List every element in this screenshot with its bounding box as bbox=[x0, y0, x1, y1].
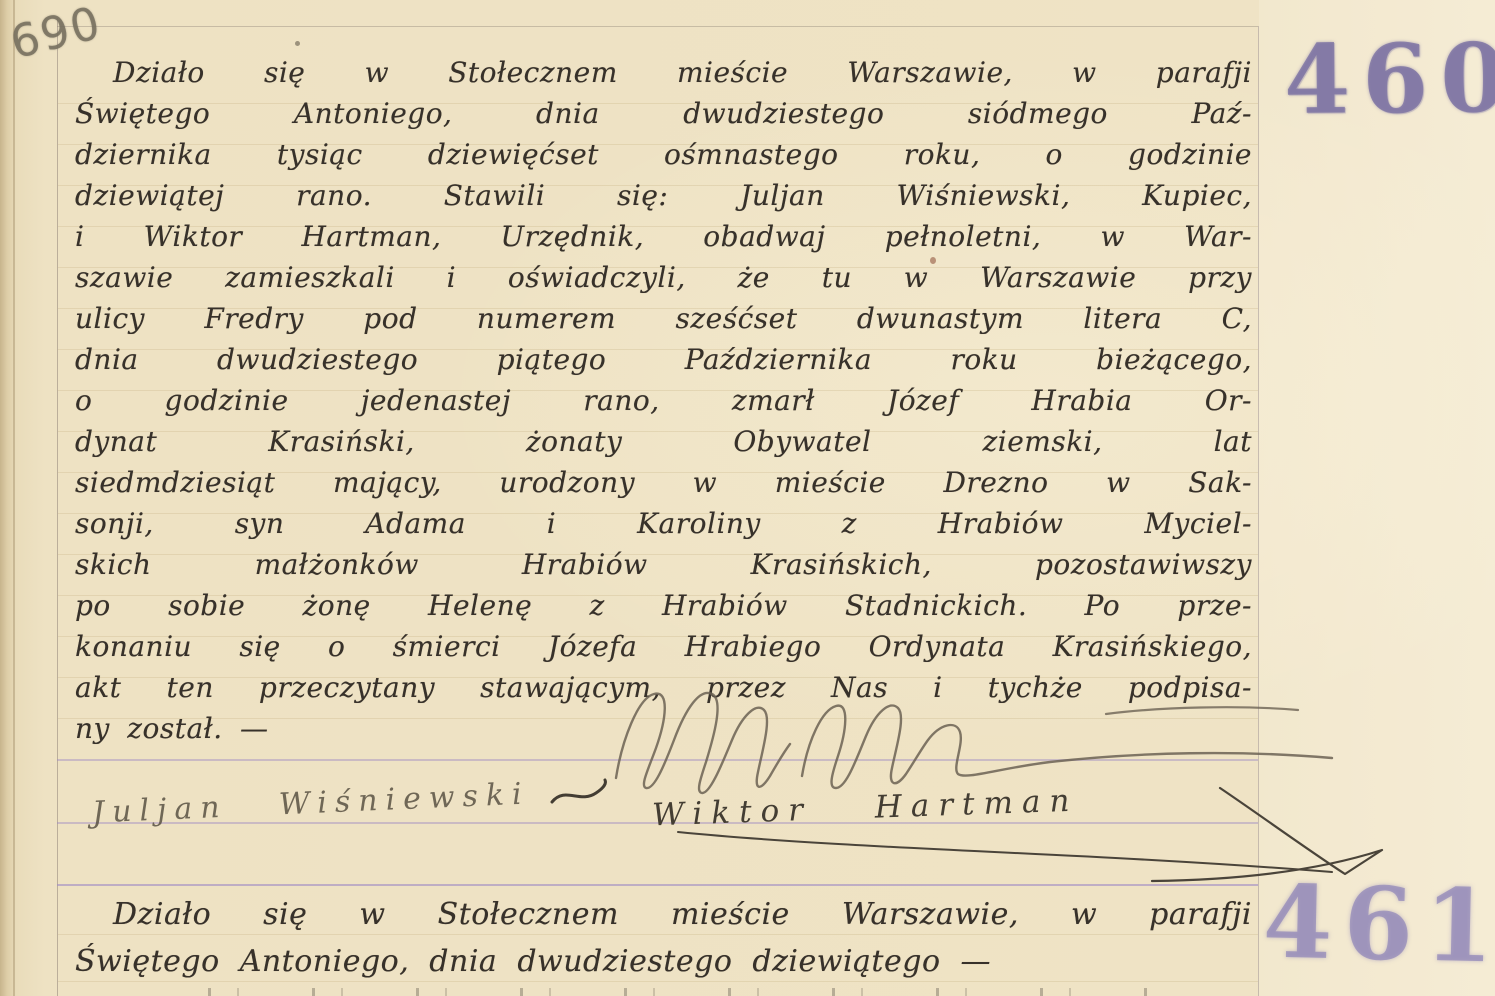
manuscript-line: szawie zamieszkali i oświadczyli, że tu … bbox=[75, 257, 1252, 298]
manuscript-line: dziewiątej rano. Stawili się: Juljan Wiś… bbox=[75, 175, 1252, 216]
death-record-461-text: Działo się w Stołecznem mieście Warszawi… bbox=[75, 891, 1252, 985]
signature-tilde-flourish bbox=[552, 780, 605, 802]
ruled-line-top-border bbox=[57, 26, 1258, 27]
manuscript-line: Świętego Antoniego, dnia dwudziestego dz… bbox=[75, 938, 1252, 985]
clipped-line-fragment bbox=[170, 988, 1150, 996]
manuscript-line: siedmdziesiąt mający, urodzony w mieście… bbox=[75, 462, 1252, 503]
manuscript-line: ulicy Fredry pod numerem sześćset dwunas… bbox=[75, 298, 1252, 339]
register-page-scan: 690 460 461 Działo się w Stołecznem mieś… bbox=[0, 0, 1495, 996]
registrar-signature bbox=[616, 693, 790, 793]
hartman-underline-flourish bbox=[678, 832, 1332, 872]
manuscript-line: dziernika tysiąc dziewięćset ośmnastego … bbox=[75, 134, 1252, 175]
manuscript-line: dynat Krasiński, żonaty Obywatel ziemski… bbox=[75, 421, 1252, 462]
manuscript-line: o godzinie jedenastej rano, zmarł Józef … bbox=[75, 380, 1252, 421]
paper-stain-speck bbox=[295, 41, 300, 46]
death-record-460-text: Działo się w Stołecznem mieście Warszawi… bbox=[75, 52, 1252, 749]
manuscript-line: dnia dwudziestego piątego Października r… bbox=[75, 339, 1252, 380]
manuscript-line: po sobie żonę Helenę z Hrabiów Stadnicki… bbox=[75, 585, 1252, 626]
manuscript-line: i Wiktor Hartman, Urzędnik, obadwaj pełn… bbox=[75, 216, 1252, 257]
manuscript-line: Działo się w Stołecznem mieście Warszawi… bbox=[75, 52, 1252, 93]
paper-stain-speck bbox=[930, 257, 936, 264]
manuscript-line: sonji, syn Adama i Karoliny z Hrabiów My… bbox=[75, 503, 1252, 544]
manuscript-line: konaniu się o śmierci Józefa Hrabiego Or… bbox=[75, 626, 1252, 667]
record-number-stamp-460: 460 bbox=[1284, 31, 1495, 128]
registrar-signature-2 bbox=[802, 706, 1332, 788]
registrar-signature-dash bbox=[1106, 707, 1298, 714]
page-edge-crease bbox=[13, 0, 15, 996]
manuscript-line: Działo się w Stołecznem mieście Warszawi… bbox=[75, 891, 1252, 938]
margin-line-left bbox=[57, 18, 58, 996]
manuscript-line: Świętego Antoniego, dnia dwudziestego si… bbox=[75, 93, 1252, 134]
manuscript-line: skich małżonków Hrabiów Krasińskich, poz… bbox=[75, 544, 1252, 585]
